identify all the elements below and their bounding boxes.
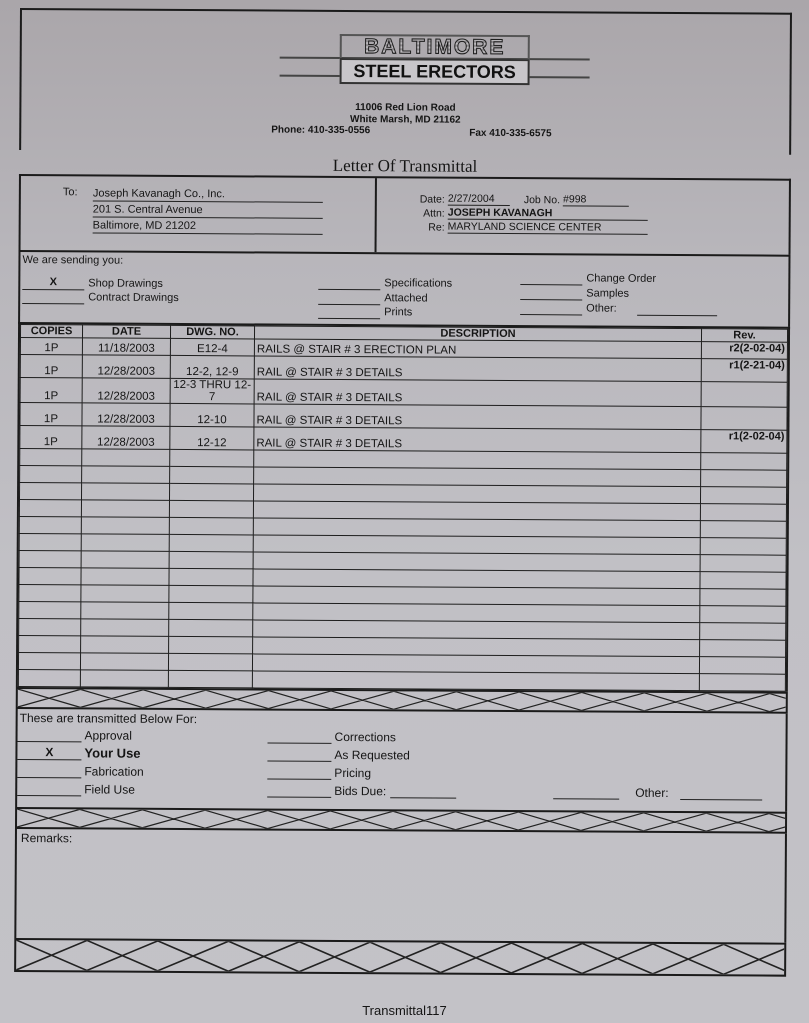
empty-cell <box>700 572 786 590</box>
items-table: COPIES DATE DWG. NO. DESCRIPTION Rev. 1P… <box>18 324 788 692</box>
attn-value[interactable]: JOSEPH KAVANAGH <box>448 207 648 221</box>
cell-date: 12/28/2003 <box>82 355 170 379</box>
cell-dwg-no: E12-4 <box>170 338 254 356</box>
attn-label: Attn: <box>387 207 448 219</box>
check-mark[interactable]: X <box>22 276 84 290</box>
empty-cell <box>81 517 169 535</box>
check-mark[interactable] <box>18 727 82 742</box>
transmittal-form: BALTIMORE STEEL ERECTORS 11006 Red Lion … <box>14 8 792 977</box>
cell-date: 12/28/2003 <box>82 378 170 404</box>
empty-cell <box>700 640 786 658</box>
check-mark[interactable] <box>267 783 331 798</box>
empty-cell <box>81 619 169 637</box>
attn-field: Attn: JOSEPH KAVANAGH <box>387 206 648 221</box>
empty-cell <box>701 470 787 488</box>
empty-cell <box>19 585 81 602</box>
cell-copies: 1P <box>20 378 82 403</box>
empty-cell <box>19 517 81 534</box>
other-field[interactable]: Other: <box>553 784 762 800</box>
check-mark[interactable] <box>520 301 582 315</box>
job-value[interactable]: #998 <box>563 193 629 206</box>
empty-cell <box>80 670 168 688</box>
check-mark[interactable] <box>520 271 582 285</box>
check-fabrication[interactable]: Fabrication <box>17 763 143 779</box>
company-address: 11006 Red Lion Road White Marsh, MD 2116… <box>21 100 789 129</box>
check-mark[interactable] <box>17 763 81 778</box>
empty-cell <box>18 653 80 670</box>
check-samples[interactable]: Samples <box>520 286 629 301</box>
purpose-title: These are transmitted Below For: <box>20 711 197 726</box>
hatch-divider <box>15 807 787 834</box>
recipient-line-1[interactable]: Joseph Kavanagh Co., Inc. <box>93 186 323 202</box>
empty-cell <box>170 449 254 467</box>
header-date: DATE <box>82 325 170 339</box>
logo-line-2: STEEL ERECTORS <box>340 58 530 85</box>
check-mark[interactable] <box>520 286 582 300</box>
empty-cell <box>19 619 81 636</box>
empty-cell <box>700 623 786 641</box>
empty-cell <box>82 466 170 484</box>
job-label: Job No. <box>510 194 563 206</box>
empty-cell <box>170 466 254 484</box>
logo-line-1: BALTIMORE <box>340 34 530 59</box>
purpose-section: These are transmitted Below For: Approva… <box>15 709 788 812</box>
check-field-use[interactable]: Field Use <box>17 781 135 797</box>
empty-cell <box>81 534 169 552</box>
other-check-blank[interactable] <box>553 784 619 799</box>
check-approval[interactable]: Approval <box>18 727 132 743</box>
empty-cell <box>81 602 169 620</box>
empty-cell <box>252 671 699 691</box>
empty-cell <box>169 517 253 535</box>
empty-cell <box>168 670 252 688</box>
empty-cell <box>169 568 253 586</box>
empty-cell <box>169 500 253 518</box>
check-mark[interactable] <box>318 291 380 305</box>
empty-cell <box>701 453 787 471</box>
footer-form-id: Transmittal117 <box>0 1003 809 1018</box>
cell-dwg-no: 12-2, 12-9 <box>170 355 254 379</box>
empty-cell <box>700 589 786 607</box>
cell-date: 11/18/2003 <box>82 338 170 356</box>
cell-copies: 1P <box>20 403 82 426</box>
empty-cell <box>700 538 786 556</box>
remarks-section[interactable]: Remarks: <box>14 829 787 943</box>
other-text-blank[interactable] <box>681 785 763 801</box>
date-value[interactable]: 2/27/2004 <box>448 193 510 206</box>
empty-cell <box>700 555 786 573</box>
sending-section: We are sending you: X Shop Drawings Cont… <box>18 250 790 327</box>
items-table-wrap: COPIES DATE DWG. NO. DESCRIPTION Rev. 1P… <box>16 322 790 692</box>
date-field: Date: 2/27/2004 Job No. #998 <box>387 192 629 206</box>
empty-cell <box>699 657 785 675</box>
empty-cell <box>20 449 82 466</box>
check-as-requested[interactable]: As Requested <box>267 747 409 763</box>
empty-cell <box>169 619 253 637</box>
cell-description: RAIL @ STAIR # 3 DETAILS <box>254 404 701 430</box>
other-blank[interactable] <box>637 302 717 316</box>
check-other[interactable]: Other: <box>520 301 717 316</box>
cell-dwg-no: 12-12 <box>170 426 254 450</box>
table-body: 1P11/18/2003E12-4RAILS @ STAIR # 3 ERECT… <box>18 338 787 692</box>
empty-cell <box>169 483 253 501</box>
check-bids-due[interactable]: Bids Due: <box>267 783 456 799</box>
header-rev: Rev. <box>701 329 787 343</box>
cell-rev: r1(2-02-04) <box>701 430 787 454</box>
empty-cell <box>81 568 169 586</box>
cell-description: RAIL @ STAIR # 3 DETAILS <box>254 356 701 382</box>
empty-cell <box>169 636 253 654</box>
header-dwg-no: DWG. NO. <box>170 325 254 339</box>
check-prints[interactable]: Prints <box>318 305 412 320</box>
cell-description: RAILS @ STAIR # 3 ERECTION PLAN <box>254 339 701 359</box>
cell-dwg-no: 12-10 <box>170 403 254 427</box>
cell-rev: r1(2-21-04) <box>701 359 787 383</box>
empty-cell <box>169 551 253 569</box>
cell-copies: 1P <box>20 338 82 355</box>
check-mark[interactable]: X <box>17 745 81 760</box>
company-logo: BALTIMORE STEEL ERECTORS <box>340 34 530 85</box>
check-pricing[interactable]: Pricing <box>267 765 371 781</box>
check-attached[interactable]: Attached <box>318 291 428 306</box>
check-mark[interactable] <box>318 305 380 319</box>
empty-cell <box>20 466 82 483</box>
empty-cell <box>169 602 253 620</box>
cell-rev <box>701 382 787 408</box>
empty-cell <box>19 534 81 551</box>
empty-cell <box>80 653 168 671</box>
addressing-block: To: Joseph Kavanagh Co., Inc. 201 S. Cen… <box>19 174 791 255</box>
bids-due-blank[interactable] <box>390 783 456 798</box>
check-contract-drawings[interactable]: Contract Drawings <box>22 290 179 305</box>
letterhead: BALTIMORE STEEL ERECTORS 11006 Red Lion … <box>19 8 792 155</box>
empty-cell <box>81 483 169 501</box>
empty-cell <box>169 534 253 552</box>
empty-cell <box>19 568 81 585</box>
check-change-order[interactable]: Change Order <box>520 271 656 286</box>
cell-rev: r2(2-02-04) <box>701 342 787 360</box>
check-specifications[interactable]: Specifications <box>318 276 452 291</box>
to-label: To: <box>63 186 78 198</box>
cell-description: RAIL @ STAIR # 3 DETAILS <box>254 379 701 407</box>
empty-cell <box>169 585 253 603</box>
check-mark[interactable] <box>267 765 331 780</box>
empty-cell <box>168 653 252 671</box>
check-mark[interactable] <box>267 747 331 762</box>
check-mark[interactable] <box>22 290 84 304</box>
recipient-line-3[interactable]: Baltimore, MD 21202 <box>93 218 323 234</box>
company-fax: Fax 410-335-6575 <box>469 128 551 140</box>
empty-cell <box>81 585 169 603</box>
empty-cell <box>19 636 81 653</box>
empty-cell <box>700 504 786 522</box>
empty-cell <box>81 500 169 518</box>
empty-cell <box>700 606 786 624</box>
cell-copies: 1P <box>20 355 82 378</box>
header-copies: COPIES <box>20 325 82 338</box>
cell-dwg-no: 12-3 THRU 12-7 <box>170 378 254 404</box>
cell-copies: 1P <box>20 426 82 449</box>
empty-cell <box>19 483 81 500</box>
remarks-label: Remarks: <box>21 831 781 850</box>
check-mark[interactable] <box>17 781 81 796</box>
cell-date: 12/28/2003 <box>82 403 170 427</box>
cell-description: RAIL @ STAIR # 3 DETAILS <box>254 427 701 453</box>
job-info-block: Date: 2/27/2004 Job No. #998 Attn: JOSEP… <box>377 178 789 255</box>
check-corrections[interactable]: Corrections <box>268 729 396 745</box>
re-value[interactable]: MARYLAND SCIENCE CENTER <box>448 221 648 235</box>
empty-cell <box>19 551 81 568</box>
empty-cell <box>699 674 785 692</box>
check-shop-drawings[interactable]: X Shop Drawings <box>22 276 163 291</box>
empty-cell <box>700 521 786 539</box>
date-label: Date: <box>387 193 448 205</box>
empty-cell <box>19 500 81 517</box>
empty-cell <box>18 670 80 687</box>
empty-cell <box>700 487 786 505</box>
company-phone: Phone: 410-335-0556 <box>271 125 370 137</box>
empty-cell <box>82 449 170 467</box>
recipient-line-2[interactable]: 201 S. Central Avenue <box>93 202 323 218</box>
hatch-footer-band <box>14 938 786 977</box>
re-field: Re: MARYLAND SCIENCE CENTER <box>387 220 648 235</box>
empty-cell <box>19 602 81 619</box>
check-mark[interactable] <box>268 729 332 744</box>
check-your-use[interactable]: X Your Use <box>17 745 140 761</box>
recipient-block: To: Joseph Kavanagh Co., Inc. 201 S. Cen… <box>21 176 377 252</box>
re-label: Re: <box>387 221 448 233</box>
cell-date: 12/28/2003 <box>82 426 170 450</box>
cell-rev <box>701 407 787 431</box>
check-mark[interactable] <box>318 276 380 290</box>
empty-cell <box>81 551 169 569</box>
empty-cell <box>81 636 169 654</box>
sending-title: We are sending you: <box>22 254 123 267</box>
